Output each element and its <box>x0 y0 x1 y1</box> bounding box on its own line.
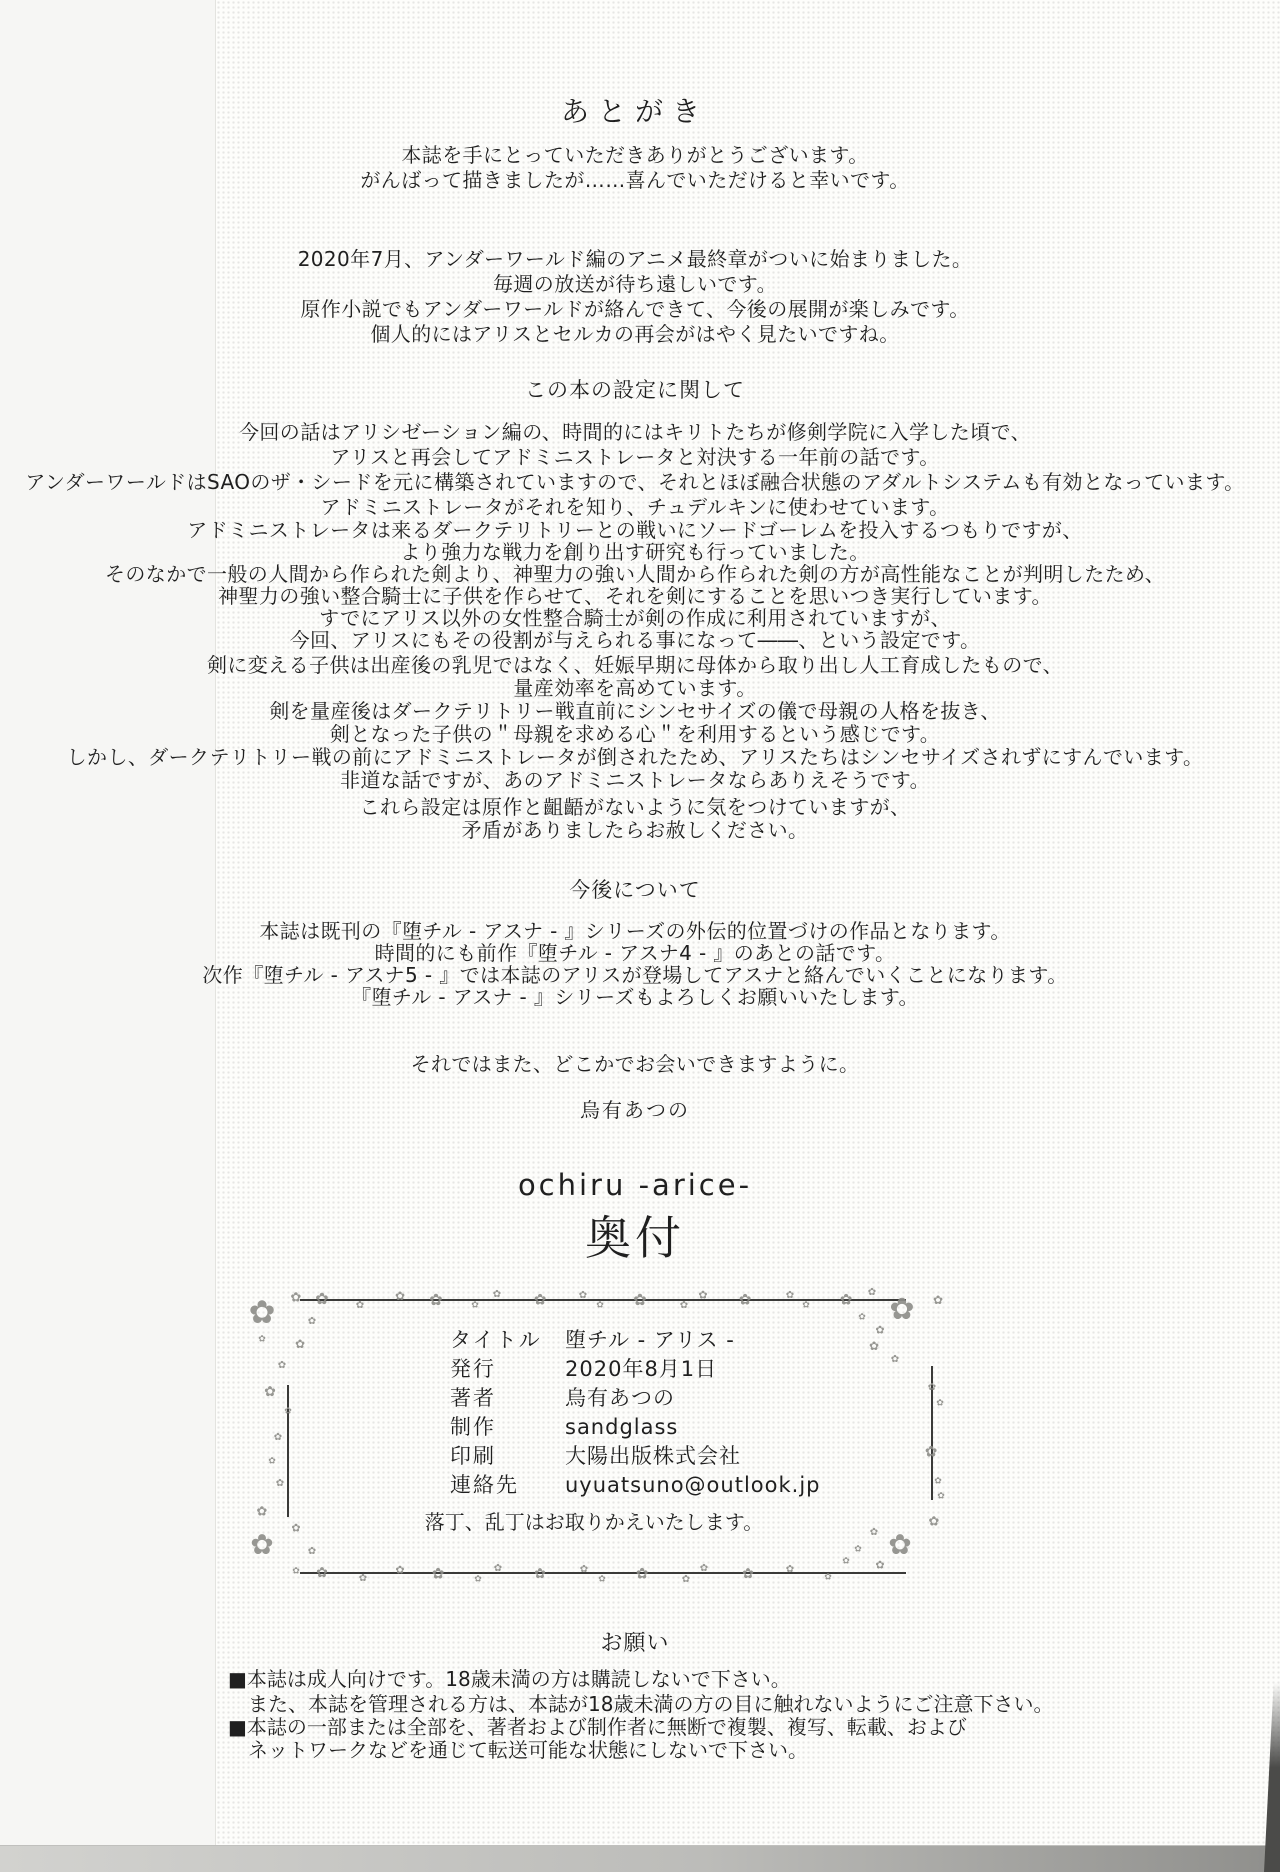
text-line: 毎週の放送が待ち遠しいです。 <box>10 272 1260 297</box>
colophon-label: 発行 <box>450 1355 565 1384</box>
frame-left-line <box>287 1385 289 1517</box>
text-line: しかし、ダークテリトリー戦の前にアドミニストレータが倒されたため、アリスたちはシ… <box>10 746 1260 769</box>
colophon-label: 連絡先 <box>450 1471 565 1500</box>
colophon-label: 制作 <box>450 1413 565 1442</box>
future-section-heading: 今後について <box>10 874 1260 904</box>
colophon-note: 落丁、乱丁はお取りかえいたします。 <box>254 1506 934 1535</box>
text-line: 時間的にも前作『堕チル - アスナ4 - 』のあとの話です。 <box>10 942 1260 964</box>
frame-top-line <box>300 1299 906 1301</box>
paragraph-anime: 2020年7月、アンダーワールド編のアニメ最終章がついに始まりました。毎週の放送… <box>10 247 1260 347</box>
text-line: がんばって描きましたが……喜んでいただけると幸いです。 <box>10 168 1260 193</box>
colophon-value: 烏有あつの <box>565 1384 675 1413</box>
paragraph-settings-3: 剣に変える子供は出産後の乳児ではなく、妊娠早期に母体から取り出し人工育成したもの… <box>10 654 1260 792</box>
text-line: そのなかで一般の人間から作られた剣より、神聖力の強い人間から作られた剣の方が高性… <box>10 563 1260 585</box>
text-line: アリスと再会してアドミニストレータと対決する一年前の話です。 <box>10 445 1260 470</box>
text-line: 量産効率を高めています。 <box>10 677 1260 700</box>
circle-logo-text: ochiru -arice- <box>10 1168 1260 1202</box>
frame-bottom-line <box>300 1572 906 1574</box>
colophon-value: 大陽出版株式会社 <box>565 1442 741 1471</box>
colophon-heading: 奥付 <box>10 1202 1260 1268</box>
text-line: 矛盾がありましたらお赦しください。 <box>10 819 1260 842</box>
text-line: すでにアリス以外の女性整合騎士が剣の作成に利用されていますが、 <box>10 607 1260 629</box>
notice-line: ネットワークなどを通じて転送可能な状態にしないで下さい。 <box>228 1734 808 1763</box>
scanned-afterword-page: あとがき 本誌を手にとっていただきありがとうございます。がんばって描きましたが…… <box>0 0 1280 1872</box>
scanner-bottom-edge <box>0 1845 1280 1872</box>
paragraph-settings-1: 今回の話はアリシゼーション編の、時間的にはキリトたちが修剣学院に入学した頃で、ア… <box>10 420 1260 520</box>
frame-right-line <box>931 1366 933 1500</box>
text-line: これら設定は原作と齟齬がないように気をつけていますが、 <box>10 796 1260 819</box>
colophon-row: タイトル堕チル - アリス - <box>450 1326 820 1355</box>
text-line: 非道な話ですが、あのアドミニストレータならありえそうです。 <box>10 769 1260 792</box>
text-line: 本誌は既刊の『堕チル - アスナ - 』シリーズの外伝的位置づけの作品となります… <box>10 920 1260 942</box>
colophon-value: 2020年8月1日 <box>565 1355 717 1384</box>
colophon-row: 発行2020年8月1日 <box>450 1355 820 1384</box>
text-line: 剣となった子供の＂母親を求める心＂を利用するという感じです。 <box>10 723 1260 746</box>
colophon-table: タイトル堕チル - アリス -発行2020年8月1日著者烏有あつの制作sandg… <box>450 1326 820 1500</box>
text-line: 原作小説でもアンダーワールドが絡んできて、今後の展開が楽しみです。 <box>10 297 1260 322</box>
text-line: 今回の話はアリシゼーション編の、時間的にはキリトたちが修剣学院に入学した頃で、 <box>10 420 1260 445</box>
text-line: 剣に変える子供は出産後の乳児ではなく、妊娠早期に母体から取り出し人工育成したもの… <box>10 654 1260 677</box>
colophon-row: 連絡先uyuatsuno@outlook.jp <box>450 1471 820 1500</box>
colophon-value: 堕チル - アリス - <box>565 1326 735 1355</box>
text-line: 本誌を手にとっていただきありがとうございます。 <box>10 143 1260 168</box>
author-name: 烏有あつの <box>10 1094 1260 1123</box>
text-line: 神聖力の強い整合騎士に子供を作らせて、それを剣にすることを思いつき実行しています… <box>10 585 1260 607</box>
paragraph-future: 本誌は既刊の『堕チル - アスナ - 』シリーズの外伝的位置づけの作品となります… <box>10 920 1260 1008</box>
paragraph-settings-2: アドミニストレータは来るダークテリトリーとの戦いにソードゴーレムを投入するつもり… <box>10 519 1260 651</box>
text-line: 個人的にはアリスとセルカの再会がはやく見たいですね。 <box>10 322 1260 347</box>
text-line: 『堕チル - アスナ - 』シリーズもよろしくお願いいたします。 <box>10 986 1260 1008</box>
paragraph-settings-4: これら設定は原作と齟齬がないように気をつけていますが、矛盾がありましたらお赦しく… <box>10 796 1260 842</box>
text-line: アドミニストレータは来るダークテリトリーとの戦いにソードゴーレムを投入するつもり… <box>10 519 1260 541</box>
text-line: アドミニストレータがそれを知り、チュデルキンに使わせています。 <box>10 495 1260 520</box>
text-line: 次作『堕チル - アスナ5 - 』では本誌のアリスが登場してアスナと絡んでいくこ… <box>10 964 1260 986</box>
afterword-title: あとがき <box>10 90 1260 130</box>
text-line: 剣を量産後はダークテリトリー戦直前にシンセサイズの儀で母親の人格を抜き、 <box>10 700 1260 723</box>
colophon-label: 印刷 <box>450 1442 565 1471</box>
text-line: より強力な戦力を創り出す研究も行っていました。 <box>10 541 1260 563</box>
colophon-label: 著者 <box>450 1384 565 1413</box>
text-line: アンダーワールドはSAOのザ・シードを元に構築されていますので、それとほぼ融合状… <box>10 470 1260 495</box>
farewell-line: それではまた、どこかでお会いできますように。 <box>10 1048 1260 1077</box>
text-line: 今回、アリスにもその役割が与えられる事になって――、という設定です。 <box>10 629 1260 651</box>
colophon-row: 制作sandglass <box>450 1413 820 1442</box>
colophon-value: sandglass <box>565 1413 678 1442</box>
colophon-row: 著者烏有あつの <box>450 1384 820 1413</box>
notice-heading: お願い <box>10 1626 1260 1657</box>
paragraph-intro: 本誌を手にとっていただきありがとうございます。がんばって描きましたが……喜んでい… <box>10 143 1260 193</box>
text-line: 2020年7月、アンダーワールド編のアニメ最終章がついに始まりました。 <box>10 247 1260 272</box>
colophon-label: タイトル <box>450 1326 565 1355</box>
colophon-row: 印刷大陽出版株式会社 <box>450 1442 820 1471</box>
settings-section-heading: この本の設定に関して <box>10 374 1260 404</box>
colophon-value: uyuatsuno@outlook.jp <box>565 1471 820 1500</box>
